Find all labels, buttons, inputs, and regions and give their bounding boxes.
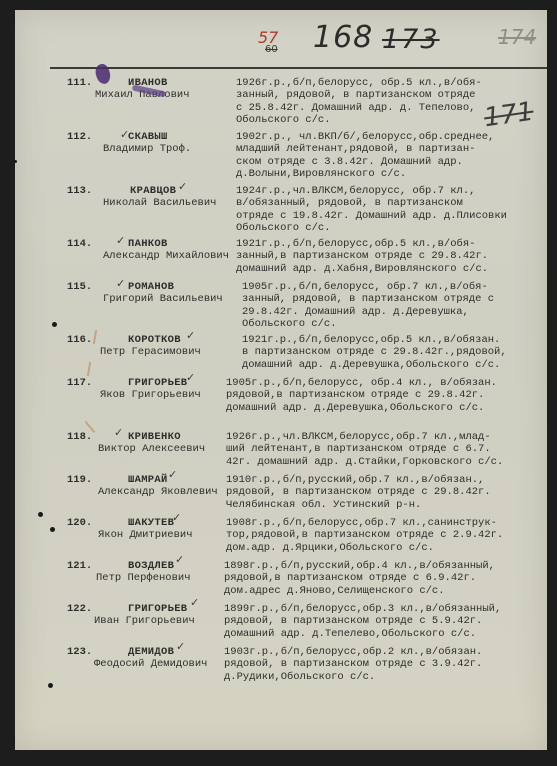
- entry-surname: КРАВЦОВ: [130, 185, 176, 197]
- check-mark-icon: ✓: [178, 180, 187, 193]
- entry-given-name: Александр Яковлевич: [98, 486, 218, 498]
- entry-number: 115.: [67, 281, 92, 293]
- entry-number: 118.: [67, 431, 92, 443]
- check-mark-icon: ✓: [120, 128, 129, 141]
- entry-number: 119.: [67, 474, 92, 486]
- entry-number: 111.: [67, 77, 92, 89]
- check-mark-icon: ✓: [175, 553, 184, 566]
- entry-given-name: Иван Григорьевич: [94, 615, 195, 627]
- entry-given-name: Феодосий Демидович: [94, 658, 207, 670]
- entry-surname: РОМАНОВ: [128, 281, 174, 293]
- entry-number: 116.: [67, 334, 92, 346]
- check-mark-icon: ✓: [186, 329, 195, 342]
- entry-details: 1926г.р.,б/п,белорусс, обр.5 кл.,в/обя- …: [236, 77, 536, 127]
- entry-number: 122.: [67, 603, 92, 615]
- entry-details: 1899г.р.,б/п,белорусс,обр.3 кл.,в/обязан…: [224, 603, 524, 640]
- entry-details: 1903г.р.,б/п,белорусс,обр.2 кл.,в/обязан…: [224, 646, 524, 683]
- entry-number: 112.: [67, 131, 92, 143]
- binding-hole: [38, 512, 43, 517]
- header-rule-line: [50, 67, 547, 69]
- entry-details: 1921г.р.,б/п,белорусс,обр.5 кл.,в/обя- з…: [236, 238, 536, 275]
- entry-given-name: Александр Михайлович: [103, 250, 229, 262]
- entry-surname: КОРОТКОВ: [128, 334, 181, 346]
- check-mark-icon: ✓: [168, 468, 177, 481]
- entry-surname: СКАВЫШ: [128, 131, 168, 143]
- entry-surname: ГРИГОРЬЕВ: [128, 377, 187, 389]
- entry-surname: ГРИГОРЬЕВ: [128, 603, 187, 615]
- entry-surname: ДЕМИДОВ: [128, 646, 174, 658]
- entry-surname: ШАМРАЙ: [128, 474, 168, 486]
- sheet-number-struck-1: 173: [382, 24, 440, 55]
- entry-number: 113.: [67, 185, 92, 197]
- check-mark-icon: ✓: [186, 371, 195, 384]
- check-mark-icon: ✓: [176, 640, 185, 653]
- entry-given-name: Яков Григорьевич: [100, 389, 201, 401]
- entry-given-name: Петр Герасимович: [100, 346, 201, 358]
- entry-surname: ВОЗДЛЕВ: [128, 560, 174, 572]
- sheet-number-struck-2: 174: [498, 25, 536, 49]
- check-mark-icon: ✓: [116, 277, 125, 290]
- sheet-number-red-fraction-bottom: 60: [265, 44, 278, 55]
- entry-given-name: Григорий Васильевич: [103, 293, 223, 305]
- entry-number: 123.: [67, 646, 92, 658]
- binding-hole: [50, 527, 55, 532]
- check-mark-icon: ✓: [190, 596, 199, 609]
- entry-surname: ПАНКОВ: [128, 238, 168, 250]
- entry-details: 1905г.р.,б/п,белорусс, обр.4 кл., в/обяз…: [226, 377, 526, 414]
- entry-details: 1924г.р.,чл.ВЛКСМ,белорусс, обр.7 кл., в…: [236, 185, 536, 235]
- entry-number: 114.: [67, 238, 92, 250]
- binding-hole: [14, 160, 17, 163]
- entry-given-name: Петр Перфенович: [96, 572, 191, 584]
- entry-details: 1908г.р.,б/п,белорусс,обр.7 кл.,санинстр…: [226, 517, 526, 554]
- entry-details: 1902г.р., чл.ВКП/б/,белорусс,обр.среднее…: [236, 131, 536, 181]
- check-mark-icon: ✓: [116, 234, 125, 247]
- entry-details: 1921г.р.,б/п,белорусс,обр.5 кл.,в/обязан…: [242, 334, 542, 371]
- entry-surname: КРИВЕНКО: [128, 431, 181, 443]
- entry-details: 1910г.р.,б/п,русский,обр.7 кл.,в/обязан.…: [226, 474, 526, 511]
- entry-given-name: Виктор Алексеевич: [98, 443, 205, 455]
- check-mark-icon: ✓: [114, 426, 123, 439]
- entry-details: 1905г.р.,б/п,белорусс, обр.7 кл.,в/обя- …: [242, 281, 542, 331]
- entry-number: 117.: [67, 377, 92, 389]
- binding-hole: [52, 322, 57, 327]
- binding-hole: [48, 683, 53, 688]
- entry-given-name: Якон Дмитриевич: [98, 529, 193, 541]
- sheet-number-current: 168: [313, 20, 373, 55]
- entry-given-name: Владимир Троф.: [103, 143, 191, 155]
- entry-given-name: Николай Васильевич: [103, 197, 216, 209]
- check-mark-icon: ✓: [172, 511, 181, 524]
- entry-details: 1898г.р.,б/п,русский,обр.4 кл.,в/обязанн…: [224, 560, 524, 597]
- entry-number: 121.: [67, 560, 92, 572]
- entry-surname: ШАКУТЕВ: [128, 517, 174, 529]
- entry-number: 120.: [67, 517, 92, 529]
- entry-details: 1926г.р.,чл.ВЛКСМ,белорусс,обр.7 кл.,мла…: [226, 431, 526, 468]
